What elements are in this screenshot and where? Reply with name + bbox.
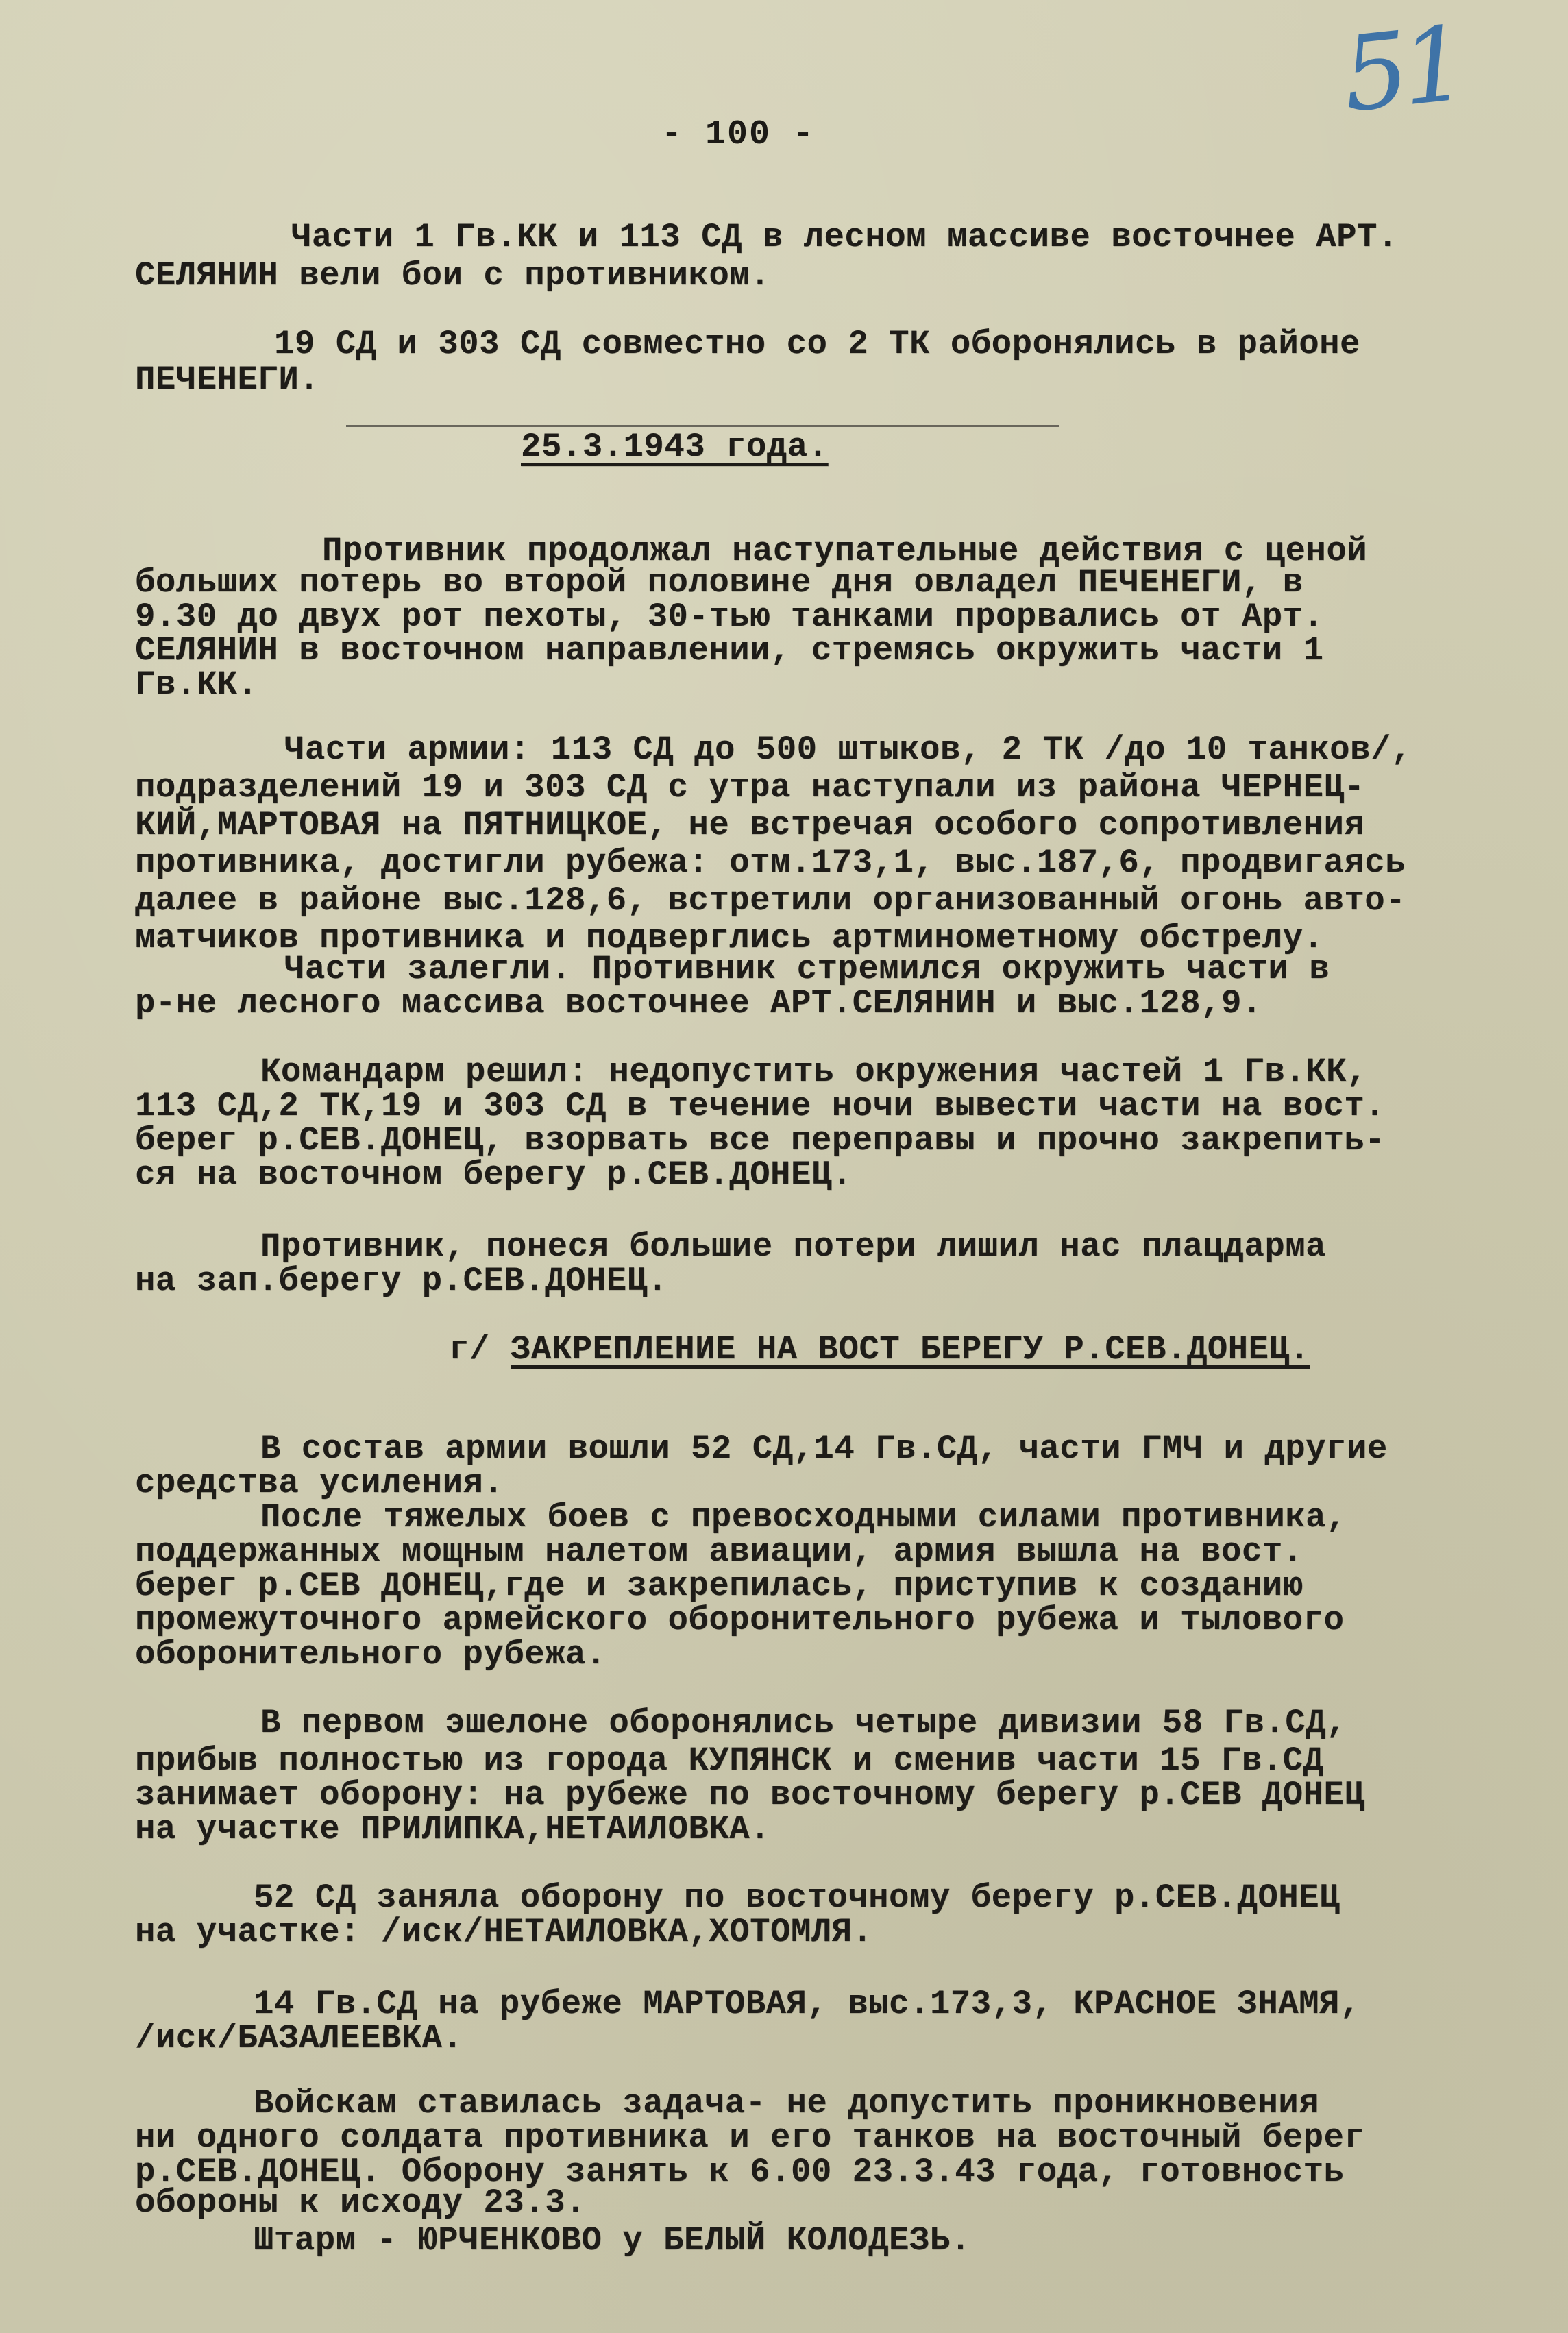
text-line: В первом эшелоне оборонялись четыре диви…	[260, 1707, 1347, 1740]
text-line: противника, достигли рубежа: отм.173,1, …	[135, 846, 1406, 880]
text-line: 19 СД и 303 СД совместно со 2 ТК обороня…	[274, 328, 1360, 361]
text-line: Штарм - ЮРЧЕНКОВО у БЕЛЫЙ КОЛОДЕЗЬ.	[254, 2224, 971, 2258]
text-line: далее в районе выс.128,6, встретили орга…	[135, 884, 1406, 918]
text-line: Части 1 Гв.КК и 113 СД в лесном массиве …	[291, 221, 1398, 254]
text-line: ся на восточном берегу р.СЕВ.ДОНЕЦ.	[135, 1158, 853, 1192]
text-line: В состав армии вошли 52 СД,14 Гв.СД, час…	[260, 1432, 1388, 1466]
text-line: промежуточного армейского оборонительног…	[135, 1604, 1344, 1637]
text-line: СЕЛЯНИН вели бои с противником.	[135, 259, 770, 293]
text-line: ПЕЧЕНЕГИ.	[135, 363, 319, 397]
text-line: После тяжелых боев с превосходными силам…	[260, 1501, 1347, 1535]
text-line: подразделений 19 и 303 СД с утра наступа…	[135, 771, 1364, 805]
text-line: 113 СД,2 ТК,19 и 303 СД в течение ночи в…	[135, 1090, 1385, 1123]
text-line: на участке: /иск/НЕТАИЛОВКА,ХОТОМЛЯ.	[135, 1916, 873, 1949]
text-line: берег р.СЕВ ДОНЕЦ,где и закрепилась, при…	[135, 1569, 1303, 1603]
text-line: СЕЛЯНИН в восточном направлении, стремяс…	[135, 634, 1323, 668]
text-line: Противник, понеся большие потери лишил н…	[260, 1230, 1326, 1264]
section-prefix: г/	[449, 1333, 490, 1367]
text-line: прибыв полностью из города КУПЯНСК и сме…	[135, 1744, 1323, 1778]
text-line: Части армии: 113 СД до 500 штыков, 2 ТК …	[284, 733, 1412, 767]
text-line: на участке ПРИЛИПКА,НЕТАИЛОВКА.	[135, 1813, 770, 1846]
separator-rule	[346, 425, 1059, 427]
text-line: берег р.СЕВ.ДОНЕЦ, взорвать все переправ…	[135, 1124, 1385, 1158]
text-line: 14 Гв.СД на рубеже МАРТОВАЯ, выс.173,3, …	[254, 1988, 1360, 2021]
text-line: /иск/БАЗАЛЕЕВКА.	[135, 2022, 463, 2055]
text-line: оборонительного рубежа.	[135, 1638, 607, 1672]
text-line: р-не лесного массива восточнее АРТ.СЕЛЯН…	[135, 987, 1262, 1021]
text-line: обороны к исходу 23.3.	[135, 2186, 586, 2220]
date-heading: 25.3.1943 года.	[521, 430, 829, 464]
text-line: КИЙ,МАРТОВАЯ на ПЯТНИЦКОЕ, не встречая о…	[135, 809, 1364, 842]
handwritten-folio-number: 51	[1337, 5, 1466, 136]
text-line: Войскам ставилась задача- не допустить п…	[254, 2087, 1319, 2121]
text-line: 52 СД заняла оборону по восточному берег…	[254, 1881, 1340, 1915]
text-line: Части залегли. Противник стремился окруж…	[284, 953, 1330, 986]
page-number: - 100 -	[661, 115, 815, 154]
section-heading: ЗАКРЕПЛЕНИЕ НА ВОСТ БЕРЕГУ Р.СЕВ.ДОНЕЦ.	[511, 1333, 1310, 1367]
text-line: Командарм решил: недопустить окружения ч…	[260, 1055, 1367, 1089]
text-line: больших потерь во второй половине дня ов…	[135, 566, 1303, 600]
text-line: средства усиления.	[135, 1467, 504, 1500]
text-line: Гв.КК.	[135, 668, 258, 702]
text-line: 9.30 до двух рот пехоты, 30-тью танками …	[135, 600, 1323, 634]
text-line: ни одного солдата противника и его танко…	[135, 2121, 1364, 2155]
text-line: занимает оборону: на рубеже по восточном…	[135, 1779, 1364, 1812]
text-line: на зап.берегу р.СЕВ.ДОНЕЦ.	[135, 1265, 668, 1298]
text-line: поддержанных мощным налетом авиации, арм…	[135, 1535, 1303, 1569]
